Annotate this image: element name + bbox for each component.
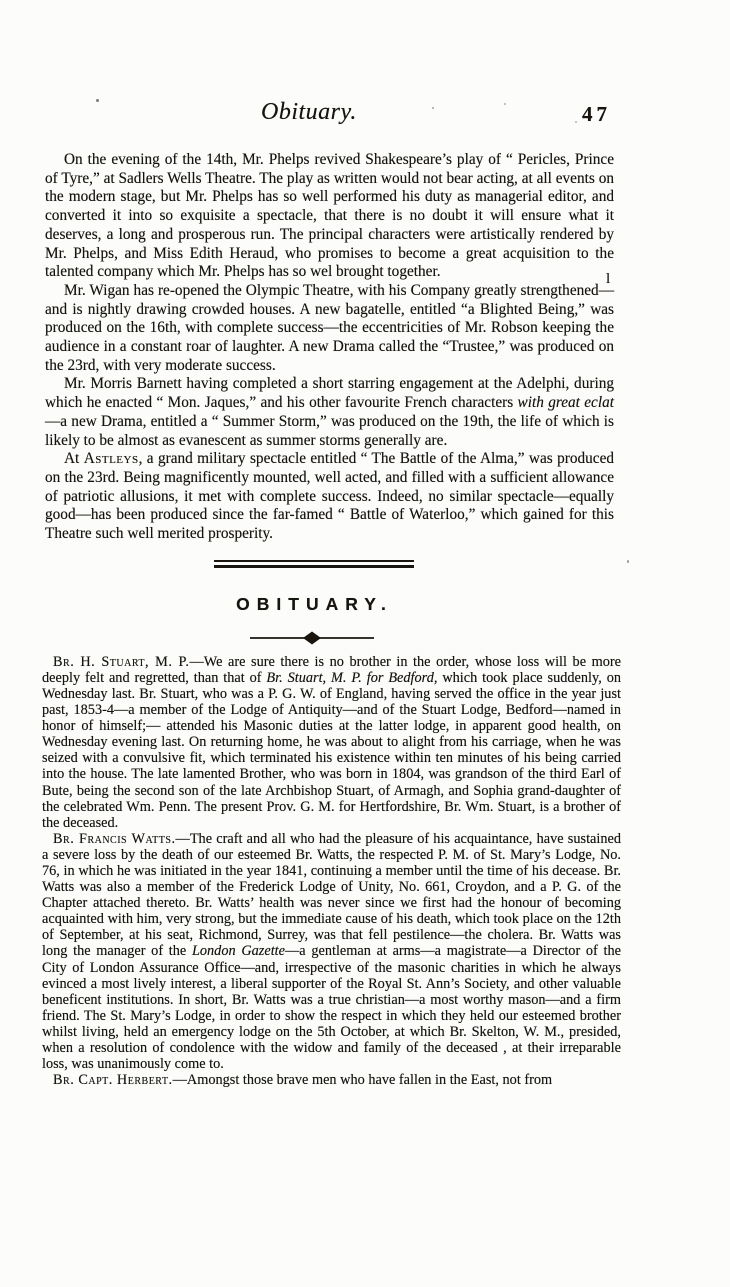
- page-content: On the evening of the 14th, Mr. Phelps r…: [45, 151, 614, 1088]
- text-segment: —The craft and all who had the pleasure …: [42, 831, 621, 960]
- page-number: 47: [582, 102, 611, 127]
- text-segment: London Gazette: [192, 943, 285, 959]
- text-segment: Br. Francis Watts.: [53, 831, 176, 847]
- paragraph-barnett-adelphi: Mr. Morris Barnett having completed a sh…: [45, 375, 614, 450]
- paragraph-obit-watts: Br. Francis Watts.—The craft and all who…: [42, 831, 621, 1072]
- paragraph-obit-stuart: Br. H. Stuart, M. P.—We are sure there i…: [42, 654, 621, 831]
- text-segment: Astleys: [84, 450, 139, 467]
- diamond-rule-icon: [250, 631, 374, 645]
- paragraph-obit-herbert: Br. Capt. Herbert.—Amongst those brave m…: [42, 1072, 621, 1088]
- rule-thick: [214, 565, 414, 568]
- text-segment: Br. Stuart, M. P. for Bedford,: [266, 670, 437, 686]
- text-segment: Br. Capt. Herbert.: [53, 1072, 173, 1088]
- text-segment: with great eclat: [518, 394, 614, 411]
- text-segment: On the evening of the 14th, Mr. Phelps r…: [45, 151, 614, 280]
- section-divider-double-rule: [214, 560, 414, 568]
- text-segment: —Amongst those brave men who have fallen…: [173, 1072, 553, 1088]
- obituary-section: Br. H. Stuart, M. P.—We are sure there i…: [42, 654, 621, 1089]
- scan-artifact-stray-letter: l: [606, 271, 610, 288]
- scan-speck: [96, 99, 99, 102]
- obituary-heading: OBITUARY.: [30, 594, 599, 614]
- scan-speck: [432, 107, 434, 109]
- theatre-news-section: On the evening of the 14th, Mr. Phelps r…: [45, 151, 614, 544]
- scan-speck: [575, 121, 577, 123]
- text-segment: Mr. Wigan has re-opened the Olympic Thea…: [45, 282, 614, 374]
- text-segment: At: [64, 450, 84, 467]
- scan-speck: [504, 103, 506, 105]
- paragraph-astleys-alma: At Astleys, a grand military spectacle e…: [45, 450, 614, 544]
- scan-speck: [627, 560, 629, 563]
- text-segment: —a gentleman at arms—a magistrate—a Dire…: [42, 943, 621, 1072]
- text-segment: —a new Drama, entitled a “ Summer Storm,…: [45, 413, 614, 449]
- text-segment: which took place suddenly, on Wednesday …: [42, 670, 621, 831]
- paragraph-phelps-pericles: On the evening of the 14th, Mr. Phelps r…: [45, 151, 614, 282]
- paragraph-wigan-olympic: Mr. Wigan has re-opened the Olympic Thea…: [45, 282, 614, 376]
- text-segment: Br. H. Stuart, M. P.: [53, 654, 189, 670]
- running-title: Obituary.: [261, 99, 357, 125]
- rule-thin: [214, 560, 414, 562]
